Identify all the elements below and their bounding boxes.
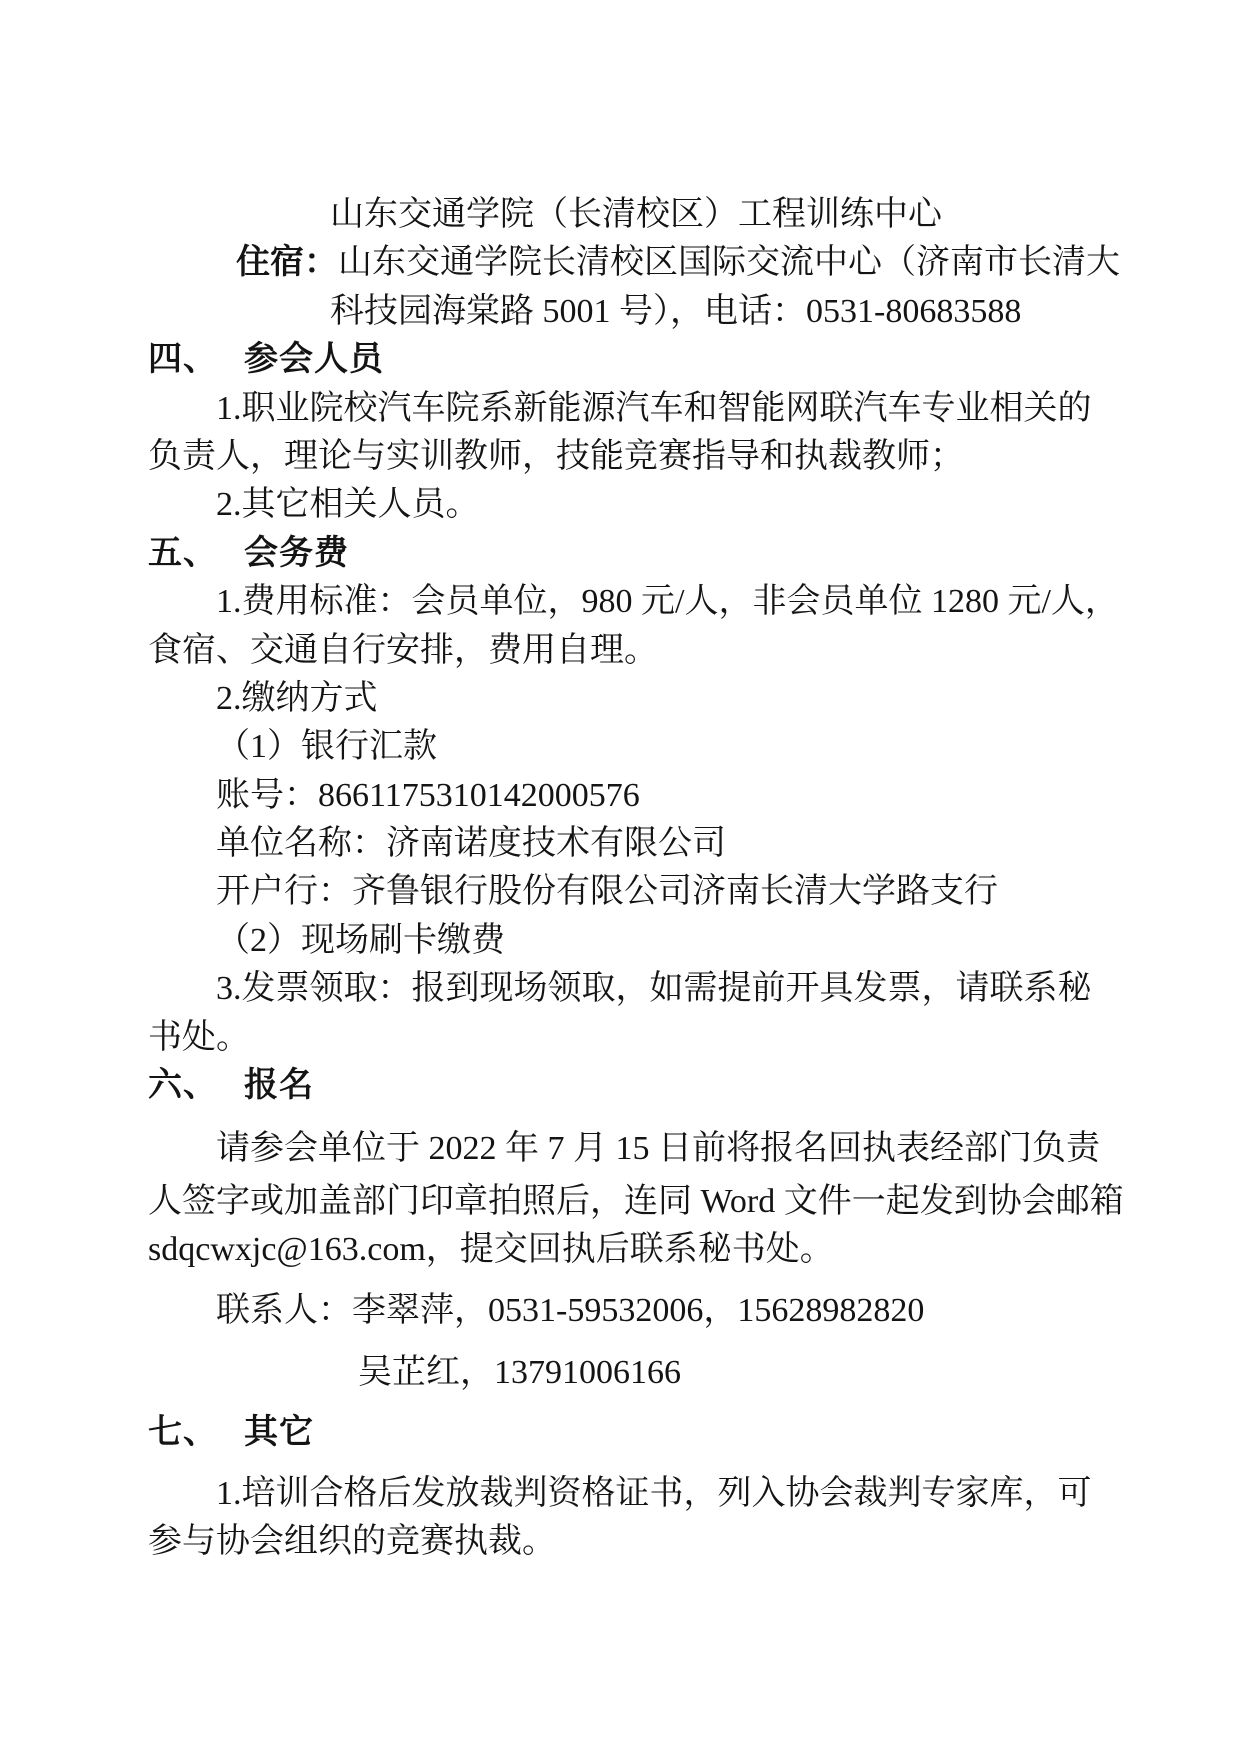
participants-item2-line: 2.其它相关人员。: [216, 481, 1121, 529]
contact-person-1: 李翠萍，0531-59532006，15628982820: [352, 1292, 924, 1329]
venue-continuation-line: 山东交通学院（长清校区）工程训练中心: [330, 191, 1121, 239]
registration-para-line2: 人签字或加盖部门印章拍照后，连同 Word 文件一起发到协会邮箱: [148, 1178, 1121, 1226]
section-five-heading: 五、会务费: [148, 530, 1121, 578]
lodging-text: 山东交通学院长清校区国际交流中心（济南市长清大: [338, 244, 1120, 281]
section-five-title: 会务费: [244, 535, 349, 572]
registration-para-line3: sdqcwxjc@163.com，提交回执后联系秘书处。: [148, 1226, 1121, 1274]
payment-method-line: 2.缴纳方式: [216, 675, 1121, 723]
contact-line1: 联系人：李翠萍，0531-59532006，15628982820: [216, 1287, 1121, 1335]
section-six-heading: 六、报名: [148, 1062, 1121, 1110]
company-name-line: 单位名称：济南诺度技术有限公司: [216, 820, 1121, 868]
fee-standard-line1: 1.费用标准：会员单位，980 元/人，非会员单位 1280 元/人，: [216, 578, 1121, 626]
section-seven-heading: 七、其它: [148, 1409, 1121, 1457]
section-four-title: 参会人员: [244, 341, 384, 378]
section-four-heading: 四、参会人员: [148, 336, 1121, 384]
account-number-line: 账号：8661175310142000576: [216, 772, 1121, 820]
contact-line2: 吴芷红，13791006166: [358, 1349, 1121, 1397]
participants-item1-line2: 负责人，理论与实训教师，技能竞赛指导和执裁教师；: [148, 433, 1121, 481]
lodging-continuation-line: 科技园海棠路 5001 号），电话：0531-80683588: [330, 288, 1121, 336]
lodging-line: 住宿：山东交通学院长清校区国际交流中心（济南市长清大: [236, 239, 1121, 287]
bank-branch-line: 开户行：齐鲁银行股份有限公司济南长清大学路支行: [216, 868, 1121, 916]
participants-item1-line1: 1.职业院校汽车院系新能源汽车和智能网联汽车专业相关的: [216, 385, 1121, 433]
bank-transfer-line: （1）银行汇款: [216, 723, 1121, 771]
onsite-card-payment-line: （2）现场刷卡缴费: [216, 917, 1121, 965]
contact-label: 联系人：: [216, 1292, 352, 1329]
lodging-label: 住宿：: [236, 244, 338, 281]
invoice-line1: 3.发票领取：报到现场领取，如需提前开具发票，请联系秘: [216, 965, 1121, 1013]
registration-para-line1: 请参会单位于 2022 年 7 月 15 日前将报名回执表经部门负责: [216, 1125, 1121, 1173]
section-six-number: 六、: [148, 1067, 218, 1104]
section-four-number: 四、: [148, 341, 218, 378]
section-seven-title: 其它: [244, 1414, 314, 1451]
invoice-line2: 书处。: [148, 1014, 1121, 1062]
section-six-title: 报名: [244, 1067, 314, 1104]
other-item1-line1: 1.培训合格后发放裁判资格证书，列入协会裁判专家库，可: [216, 1470, 1121, 1518]
section-seven-number: 七、: [148, 1414, 218, 1451]
section-five-number: 五、: [148, 535, 218, 572]
other-item1-line2: 参与协会组织的竞赛执裁。: [148, 1518, 1121, 1566]
fee-standard-line2: 食宿、交通自行安排，费用自理。: [148, 627, 1121, 675]
document-page: 山东交通学院（长清校区）工程训练中心 住宿：山东交通学院长清校区国际交流中心（济…: [0, 0, 1241, 1754]
